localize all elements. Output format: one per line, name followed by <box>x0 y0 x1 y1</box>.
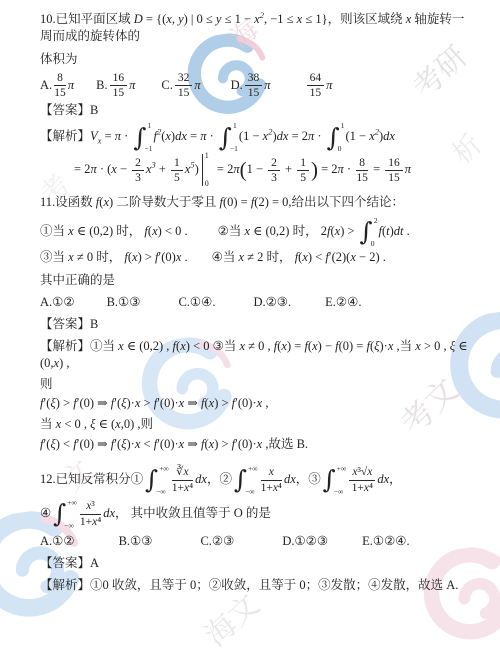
math-run: x ∈ (0,2) <box>68 224 113 238</box>
fraction-denominator: 15 <box>54 86 66 99</box>
text-run: 【解析】①当 <box>40 339 118 353</box>
line-q11-solution-3: f′(ξ) > f′(0) ⇒ f′(ξ)·x > f′(0)·x ⇒ f(x)… <box>40 395 476 412</box>
fraction-numerator: 16 <box>110 72 128 86</box>
fraction-numerator: 64 <box>307 72 325 86</box>
integral-limits: 1−1 <box>233 122 238 152</box>
math-run: . <box>404 224 410 238</box>
line-q12-stem-2: ④∫+∞−∞x³1+x⁴dx， 其中收敛且值等于 O 的是 <box>40 499 476 529</box>
math-run: (1 − x <box>239 129 268 143</box>
math-run: . <box>181 250 187 264</box>
fraction-numerator: 32 <box>175 72 193 86</box>
math-run: = π · <box>101 129 131 143</box>
fraction-numerator: 2 <box>132 157 144 171</box>
integral-lower-limit: −∞ <box>334 488 344 496</box>
math-run: f′(ξ) > f′(0) ⇒ f′(ξ)·x > f′(0)·x ⇒ f(x)… <box>40 396 268 410</box>
text-run: 其中正确的是 <box>40 273 115 287</box>
math-run: x ∈ (0,2) <box>118 339 163 353</box>
fraction-denominator: 1+x⁴ <box>172 481 193 494</box>
text-run: A.①② <box>40 534 75 548</box>
text-run: ,给出以下四个结论： <box>288 195 404 209</box>
integral: ∫+∞−∞ <box>145 465 169 495</box>
fraction: x³√x1+x⁴ <box>349 466 375 494</box>
math-run: = 2π <box>214 162 240 176</box>
text-run: 【答案】B <box>40 103 98 117</box>
math-run: ) <box>195 162 199 176</box>
text-run: C.②③ <box>200 534 234 548</box>
math-run: (x)dx = π · <box>161 129 217 143</box>
text-run: ， 其中收敛且值等于 O 的是 <box>115 506 271 520</box>
fraction: ∛x1+x⁴ <box>172 466 193 494</box>
text-run: D. <box>231 78 243 92</box>
integral: ∫1−1 <box>219 122 238 152</box>
line-q11-solution-4: 当 x < 0 , ξ ∈ (x,0) ,则 <box>40 416 476 433</box>
math-run: π <box>326 78 332 92</box>
line-q10-answer: 【答案】B <box>40 102 476 119</box>
integral: ∫+∞−∞ <box>323 465 347 495</box>
text-run: ，② <box>207 472 232 486</box>
fraction-denominator: 5 <box>297 171 309 184</box>
fraction-denominator: 3 <box>268 171 280 184</box>
integral-lower-limit: −∞ <box>156 488 166 496</box>
math-run: D <box>134 12 143 26</box>
math-run: f′(ξ) < f′(0) ⇒ f′(ξ)·x < f′(0)·x ⇒ f(x)… <box>40 437 262 451</box>
text-run: D.②③. <box>253 295 291 309</box>
math-run: x ≠ 0 <box>68 250 93 264</box>
text-run: A.①② <box>40 295 75 309</box>
integral-upper-limit: 1 <box>147 122 151 130</box>
evaluation-upper: 1 <box>205 151 209 162</box>
math-run: dx <box>284 472 296 486</box>
text-run: 【解析】 <box>40 129 90 143</box>
math-run: )dx <box>379 129 395 143</box>
fraction-numerator: 16 <box>385 157 403 171</box>
math-run: π <box>264 78 270 92</box>
line-q10-options: A.815πB.1615πC.3215πD.3815π6415π <box>40 72 476 100</box>
math-run: , <box>264 339 273 353</box>
integral-limits: 20 <box>374 217 378 247</box>
math-run: x < 0 <box>56 417 81 431</box>
fraction-numerator: 8 <box>356 157 368 171</box>
integral: ∫+∞−∞ <box>234 465 258 495</box>
integral-limits: +∞−∞ <box>67 499 77 529</box>
fraction-numerator: 1 <box>297 157 309 171</box>
math-run: x > 0 <box>415 339 440 353</box>
line-q11-solution-2: 则 <box>40 376 476 393</box>
text-run: 11.设函数 <box>40 195 96 209</box>
integral: ∫+∞−∞ <box>53 499 77 529</box>
math-run: f(t)dt <box>378 224 403 238</box>
integral-upper-limit: 1 <box>233 122 237 130</box>
text-run: ③当 <box>209 339 239 353</box>
fraction: x³1+x⁴ <box>80 500 101 528</box>
fraction-numerator: ∛x <box>172 466 193 480</box>
integral: ∫1−1 <box>133 122 152 152</box>
evaluation-bar: 10 <box>202 154 214 186</box>
text-run: 当 <box>40 417 56 431</box>
text-run: E.②④. <box>325 295 361 309</box>
text-run: ①当 <box>40 224 68 238</box>
math-run: . <box>380 250 386 264</box>
fraction-denominator: 5 <box>171 171 183 184</box>
math-run: , <box>63 356 69 370</box>
big-paren: ( <box>240 158 247 182</box>
text-run: B.①③ <box>119 534 153 548</box>
math-run: dx <box>377 472 389 486</box>
line-q10-solution-1: 【解析】Vx = π · ∫1−1f2(x)dx = π · ∫1−1(1 − … <box>40 122 476 152</box>
text-run: ,则 <box>134 417 153 431</box>
fraction: 23 <box>268 157 280 185</box>
fraction: 1615 <box>110 72 128 100</box>
math-run: π <box>194 78 200 92</box>
math-run: x ≠ 0 <box>239 339 264 353</box>
text-run: 时， <box>93 250 124 264</box>
integral-upper-limit: +∞ <box>159 465 169 473</box>
integral-lower-limit: −∞ <box>245 488 255 496</box>
text-run: 则 <box>40 377 53 391</box>
math-run: 1 − <box>247 162 267 176</box>
text-run: 【答案】A <box>40 556 99 570</box>
math-run: + <box>282 162 295 176</box>
integral-upper-limit: 2 <box>374 217 378 225</box>
fraction-numerator: 1 <box>171 157 183 171</box>
line-q11-answer: 【答案】B <box>40 316 476 333</box>
math-run: V <box>90 129 98 143</box>
text-run: 时， <box>113 224 144 238</box>
line-q11-solution-1: 【解析】①当 x ∈ (0,2) , f(x) < 0 ③当 x ≠ 0 , f… <box>40 338 476 372</box>
math-run: , −1 ≤ x ≤ 1} <box>264 12 328 26</box>
text-run: 【答案】B <box>40 317 98 331</box>
text-run: 时， <box>289 224 320 238</box>
math-run: π <box>129 78 135 92</box>
math-run: f(x) > f′(0)x <box>124 250 181 264</box>
integral: ∫20 <box>360 217 378 247</box>
integral-lower-limit: 0 <box>371 240 375 248</box>
line-q11-solution-5: f′(ξ) < f′(0) ⇒ f′(ξ)·x < f′(0)·x ⇒ f(x)… <box>40 436 476 453</box>
integral-lower-limit: 0 <box>338 145 342 153</box>
document-page: 海考研析考文考海文文 10.已知平面区域 D = {(x, y) | 0 ≤ y… <box>0 0 500 655</box>
line-q11-stem: 11.设函数 f(x) 二阶导数大于零且 f(0) = f(2) = 0,给出以… <box>40 194 476 211</box>
line-q10-stem-2: 体积为 <box>40 51 476 68</box>
fraction-numerator: x³ <box>80 500 101 514</box>
math-run: f(x) < f′(2)(x − 2) <box>295 250 380 264</box>
math-run: dx <box>195 472 207 486</box>
math-run: 2f(x) > <box>321 224 358 238</box>
integral-upper-limit: +∞ <box>337 465 347 473</box>
math-run: f(0) = f(2) = 0 <box>219 195 288 209</box>
fraction: x1+x⁴ <box>261 466 282 494</box>
fraction-denominator: 15 <box>307 86 325 99</box>
integral-lower-limit: −1 <box>230 145 238 153</box>
fraction-numerator: x <box>261 466 282 480</box>
math-run: f(x) = f(x) − f(0) = f(ξ)·x <box>274 339 394 353</box>
math-run: = {(x, y) | 0 ≤ y ≤ 1 − x <box>143 12 260 26</box>
line-q12-stem-1: 12.已知反常积分①∫+∞−∞∛x1+x⁴dx，②∫+∞−∞x1+x⁴dx，③∫… <box>40 465 476 495</box>
fraction: 815 <box>54 72 66 100</box>
fraction-denominator: 15 <box>175 86 193 99</box>
math-run: = <box>370 162 383 176</box>
evaluation-lower: 0 <box>205 179 209 190</box>
text-run: B. <box>96 78 107 92</box>
math-run: )dx = 2π · <box>272 129 324 143</box>
math-run: x ∈ (0,2) <box>244 224 289 238</box>
math-run: f(x) <box>96 195 113 209</box>
fraction: 3215 <box>175 72 193 100</box>
fraction-numerator: 8 <box>54 72 66 86</box>
text-run: 二阶导数大于零且 <box>113 195 219 209</box>
document-content: 10.已知平面区域 D = {(x, y) | 0 ≤ y ≤ 1 − x2, … <box>0 0 500 655</box>
integral-upper-limit: 1 <box>341 122 345 130</box>
line-q10-solution-2: = 2π · (x − 23x3 + 15x5)10 = 2π(1 − 23 +… <box>74 154 476 186</box>
fraction-numerator: x³√x <box>349 466 375 480</box>
line-q10-stem: 10.已知平面区域 D = {(x, y) | 0 ≤ y ≤ 1 − x2, … <box>40 10 476 45</box>
text-run: ，③ <box>296 472 321 486</box>
math-run: . <box>181 224 187 238</box>
line-q11-prompt: 其中正确的是 <box>40 272 476 289</box>
math-run: dx <box>103 506 115 520</box>
math-run: + <box>156 162 169 176</box>
math-run: π <box>405 162 411 176</box>
line-q11-options: A.①②B.①③C.①④.D.②③.E.②④. <box>40 294 476 311</box>
integral-limits: +∞−∞ <box>159 465 169 495</box>
fraction-denominator: 1+x⁴ <box>261 481 282 494</box>
math-run: (1 − x <box>345 129 374 143</box>
line-q11-items-3-4: ③当 x ≠ 0 时， f(x) > f′(0)x .④当 x ≠ 2 时， f… <box>40 249 476 266</box>
fraction-denominator: 15 <box>110 86 128 99</box>
fraction-denominator: 15 <box>245 86 263 99</box>
math-run: f(x) < 0 <box>173 339 210 353</box>
text-run: A. <box>40 78 52 92</box>
fraction: 15 <box>297 157 309 185</box>
fraction: 3815 <box>245 72 263 100</box>
text-run: E.①②④. <box>362 534 410 548</box>
integral-lower-limit: −∞ <box>64 522 74 530</box>
text-run: 12.已知反常积分① <box>40 472 143 486</box>
text-run: D.①②③ <box>282 534 328 548</box>
fraction: 23 <box>132 157 144 185</box>
text-run: ②当 <box>218 224 245 238</box>
integral-lower-limit: −1 <box>144 145 152 153</box>
line-q11-items-1-2: ①当 x ∈ (0,2) 时， f(x) < 0 .②当 x ∈ (0,2) 时… <box>40 217 476 247</box>
fraction: 1615 <box>385 157 403 185</box>
text-run: 10.已知平面区域 <box>40 12 134 26</box>
text-run: ④当 <box>212 250 239 264</box>
integral-upper-limit: +∞ <box>248 465 258 473</box>
fraction: 815 <box>356 157 368 185</box>
text-run: 时， <box>263 250 294 264</box>
math-run: x ≠ 2 <box>238 250 263 264</box>
math-run: f(x) < 0 <box>144 224 181 238</box>
fraction-denominator: 1+x⁴ <box>80 515 101 528</box>
fraction-numerator: 38 <box>245 72 263 86</box>
integral-limits: +∞−∞ <box>248 465 258 495</box>
text-run: C.①④. <box>178 295 215 309</box>
text-run: ③当 <box>40 250 68 264</box>
math-run: = 2π · (x − <box>74 162 130 176</box>
line-q12-options: A.①②B.①③C.②③D.①②③E.①②④. <box>40 533 476 550</box>
fraction-numerator: 2 <box>268 157 280 171</box>
integral-upper-limit: +∞ <box>67 499 77 507</box>
text-run: ,当 <box>393 339 415 353</box>
fraction: 15 <box>171 157 183 185</box>
text-run: 体积为 <box>40 52 78 66</box>
text-run: ， <box>389 472 402 486</box>
fraction-denominator: 1+x⁴ <box>349 481 375 494</box>
math-run: , <box>81 417 90 431</box>
line-q12-solution: 【解析】①0 收敛，且等于 0；②收敛，且等于 0；③发散；④发散，故选 A. <box>40 577 476 594</box>
math-run: = 2π · <box>318 162 354 176</box>
text-run: B.①③ <box>107 295 141 309</box>
math-run: , <box>440 339 449 353</box>
integral-limits: +∞−∞ <box>337 465 347 495</box>
fraction-denominator: 3 <box>132 171 144 184</box>
text-run: ,故选 B. <box>262 437 308 451</box>
line-q12-answer: 【答案】A <box>40 555 476 572</box>
math-run: π <box>68 78 74 92</box>
fraction-denominator: 15 <box>385 171 403 184</box>
integral: ∫10 <box>327 122 345 152</box>
integral-limits: 1−1 <box>147 122 152 152</box>
math-run: ξ ∈ (x,0) <box>90 417 134 431</box>
text-run: ，则该区域绕 <box>328 12 406 26</box>
fraction-denominator: 15 <box>356 171 368 184</box>
integral-limits: 10 <box>341 122 345 152</box>
text-run: 【解析】①0 收敛，且等于 0；②收敛，且等于 0；③发散；④发散，故选 A. <box>40 578 458 592</box>
fraction: 6415 <box>307 72 325 100</box>
text-run: C. <box>161 78 172 92</box>
text-run: ④ <box>40 506 51 520</box>
math-run: , <box>163 339 172 353</box>
big-paren: ) <box>311 158 318 182</box>
